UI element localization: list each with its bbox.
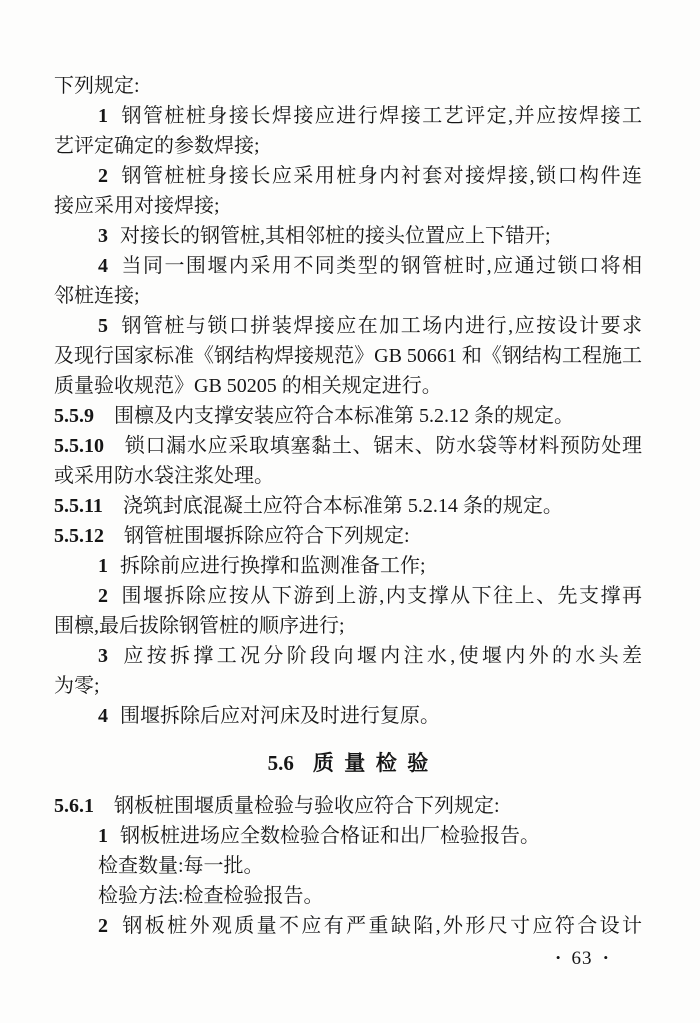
text-line: 1钢板桩进场应全数检验合格证和出厂检验报告。 (54, 821, 642, 851)
line-text: 为零; (54, 675, 100, 697)
text-line: 3应按拆撑工况分阶段向堰内注水,使堰内外的水头差 (54, 641, 642, 671)
item-number: 1 (98, 555, 108, 577)
clause-number: 5.5.10 (54, 435, 104, 457)
item-number: 5 (98, 315, 108, 337)
line-text: 锁口漏水应采取填塞黏土、锯末、防水袋等材料预防处理 (124, 435, 642, 457)
text-line: 5.5.11浇筑封底混凝土应符合本标准第 5.2.14 条的规定。 (54, 491, 642, 521)
text-line: 及现行国家标准《钢结构焊接规范》GB 50661 和《钢结构工程施工 (54, 341, 642, 371)
section-title: 质量检验 (313, 751, 439, 775)
line-text: 艺评定确定的参数焊接; (54, 135, 260, 157)
page-dot-icon: • (603, 950, 608, 965)
item-number: 2 (98, 915, 108, 937)
text-line: 接应采用对接焊接; (54, 191, 642, 221)
line-text: 围堰拆除应按从下游到上游,内支撑从下往上、先支撑再 (120, 585, 642, 607)
text-line: 3对接长的钢管桩,其相邻桩的接头位置应上下错开; (54, 221, 642, 251)
text-line: 5钢管桩与锁口拼装焊接应在加工场内进行,应按设计要求 (54, 311, 642, 341)
item-number: 4 (98, 705, 108, 727)
text-line: 邻桩连接; (54, 281, 642, 311)
line-text: 下列规定: (54, 75, 140, 97)
clause-number: 5.6.1 (54, 795, 94, 817)
line-text: 接应采用对接焊接; (54, 195, 220, 217)
line-text: 当同一围堰内采用不同类型的钢管桩时,应通过锁口将相 (120, 255, 642, 277)
line-text: 检查数量:每一批。 (98, 855, 264, 877)
line-text: 对接长的钢管桩,其相邻桩的接头位置应上下错开; (120, 225, 551, 247)
text-line: 质量验收规范》GB 50205 的相关规定进行。 (54, 371, 642, 401)
line-text: 质量验收规范》GB 50205 的相关规定进行。 (54, 375, 442, 397)
line-text: 围檩,最后拔除钢管桩的顺序进行; (54, 615, 345, 637)
line-text: 应按拆撑工况分阶段向堰内注水,使堰内外的水头差 (120, 645, 642, 667)
item-number: 2 (98, 165, 108, 187)
document-page: 下列规定: 1钢管桩桩身接长焊接应进行焊接工艺评定,并应按焊接工 艺评定确定的参… (0, 0, 700, 1023)
line-text: 钢板桩外观质量不应有严重缺陷,外形尺寸应符合设计 (120, 915, 642, 937)
clause-number: 5.5.12 (54, 525, 104, 547)
line-text: 钢管桩与锁口拼装焊接应在加工场内进行,应按设计要求 (120, 315, 642, 337)
line-text: 拆除前应进行换撑和监测准备工作; (120, 555, 426, 577)
line-text: 钢管桩桩身接长焊接应进行焊接工艺评定,并应按焊接工 (120, 105, 642, 127)
text-line: 5.5.10锁口漏水应采取填塞黏土、锯末、防水袋等材料预防处理 (54, 431, 642, 461)
section-number: 5.6 (268, 751, 294, 775)
line-text: 钢板桩进场应全数检验合格证和出厂检验报告。 (120, 825, 540, 847)
item-number: 1 (98, 105, 108, 127)
item-number: 3 (98, 645, 108, 667)
text-line: 检查数量:每一批。 (54, 851, 642, 881)
text-line: 4围堰拆除后应对河床及时进行复原。 (54, 701, 642, 731)
text-line: 5.6.1钢板桩围堰质量检验与验收应符合下列规定: (54, 791, 642, 821)
page-footer: •63• (556, 944, 608, 972)
text-line: 艺评定确定的参数焊接; (54, 131, 642, 161)
line-text: 浇筑封底混凝土应符合本标准第 5.2.14 条的规定。 (123, 495, 563, 517)
section-heading: 5.6质量检验 (54, 748, 642, 778)
clause-number: 5.5.9 (54, 405, 94, 427)
text-line: 为零; (54, 671, 642, 701)
line-text: 邻桩连接; (54, 285, 140, 307)
text-line: 下列规定: (54, 71, 642, 101)
text-line: 2钢管桩桩身接长应采用桩身内衬套对接焊接,锁口构件连 (54, 161, 642, 191)
page-content: 下列规定: 1钢管桩桩身接长焊接应进行焊接工艺评定,并应按焊接工 艺评定确定的参… (54, 71, 642, 941)
line-text: 钢管桩桩身接长应采用桩身内衬套对接焊接,锁口构件连 (120, 165, 642, 187)
line-text: 围堰拆除后应对河床及时进行复原。 (120, 705, 440, 727)
line-text: 钢管桩围堰拆除应符合下列规定: (124, 525, 410, 547)
line-text: 钢板桩围堰质量检验与验收应符合下列规定: (114, 795, 500, 817)
text-line: 围檩,最后拔除钢管桩的顺序进行; (54, 611, 642, 641)
line-text: 或采用防水袋注浆处理。 (54, 465, 274, 487)
text-line: 5.5.9围檩及内支撑安装应符合本标准第 5.2.12 条的规定。 (54, 401, 642, 431)
text-line: 1钢管桩桩身接长焊接应进行焊接工艺评定,并应按焊接工 (54, 101, 642, 131)
line-text: 检验方法:检查检验报告。 (98, 885, 324, 907)
page-number: 63 (571, 948, 592, 969)
item-number: 4 (98, 255, 108, 277)
page-dot-icon: • (556, 950, 561, 965)
text-line: 2钢板桩外观质量不应有严重缺陷,外形尺寸应符合设计 (54, 911, 642, 941)
text-line: 检验方法:检查检验报告。 (54, 881, 642, 911)
line-text: 围檩及内支撑安装应符合本标准第 5.2.12 条的规定。 (114, 405, 574, 427)
text-line: 1拆除前应进行换撑和监测准备工作; (54, 551, 642, 581)
text-line: 4当同一围堰内采用不同类型的钢管桩时,应通过锁口将相 (54, 251, 642, 281)
text-line: 5.5.12钢管桩围堰拆除应符合下列规定: (54, 521, 642, 551)
item-number: 1 (98, 825, 108, 847)
text-line: 或采用防水袋注浆处理。 (54, 461, 642, 491)
clause-number: 5.5.11 (54, 495, 103, 517)
item-number: 2 (98, 585, 108, 607)
line-text: 及现行国家标准《钢结构焊接规范》GB 50661 和《钢结构工程施工 (54, 345, 642, 367)
text-line: 2围堰拆除应按从下游到上游,内支撑从下往上、先支撑再 (54, 581, 642, 611)
item-number: 3 (98, 225, 108, 247)
